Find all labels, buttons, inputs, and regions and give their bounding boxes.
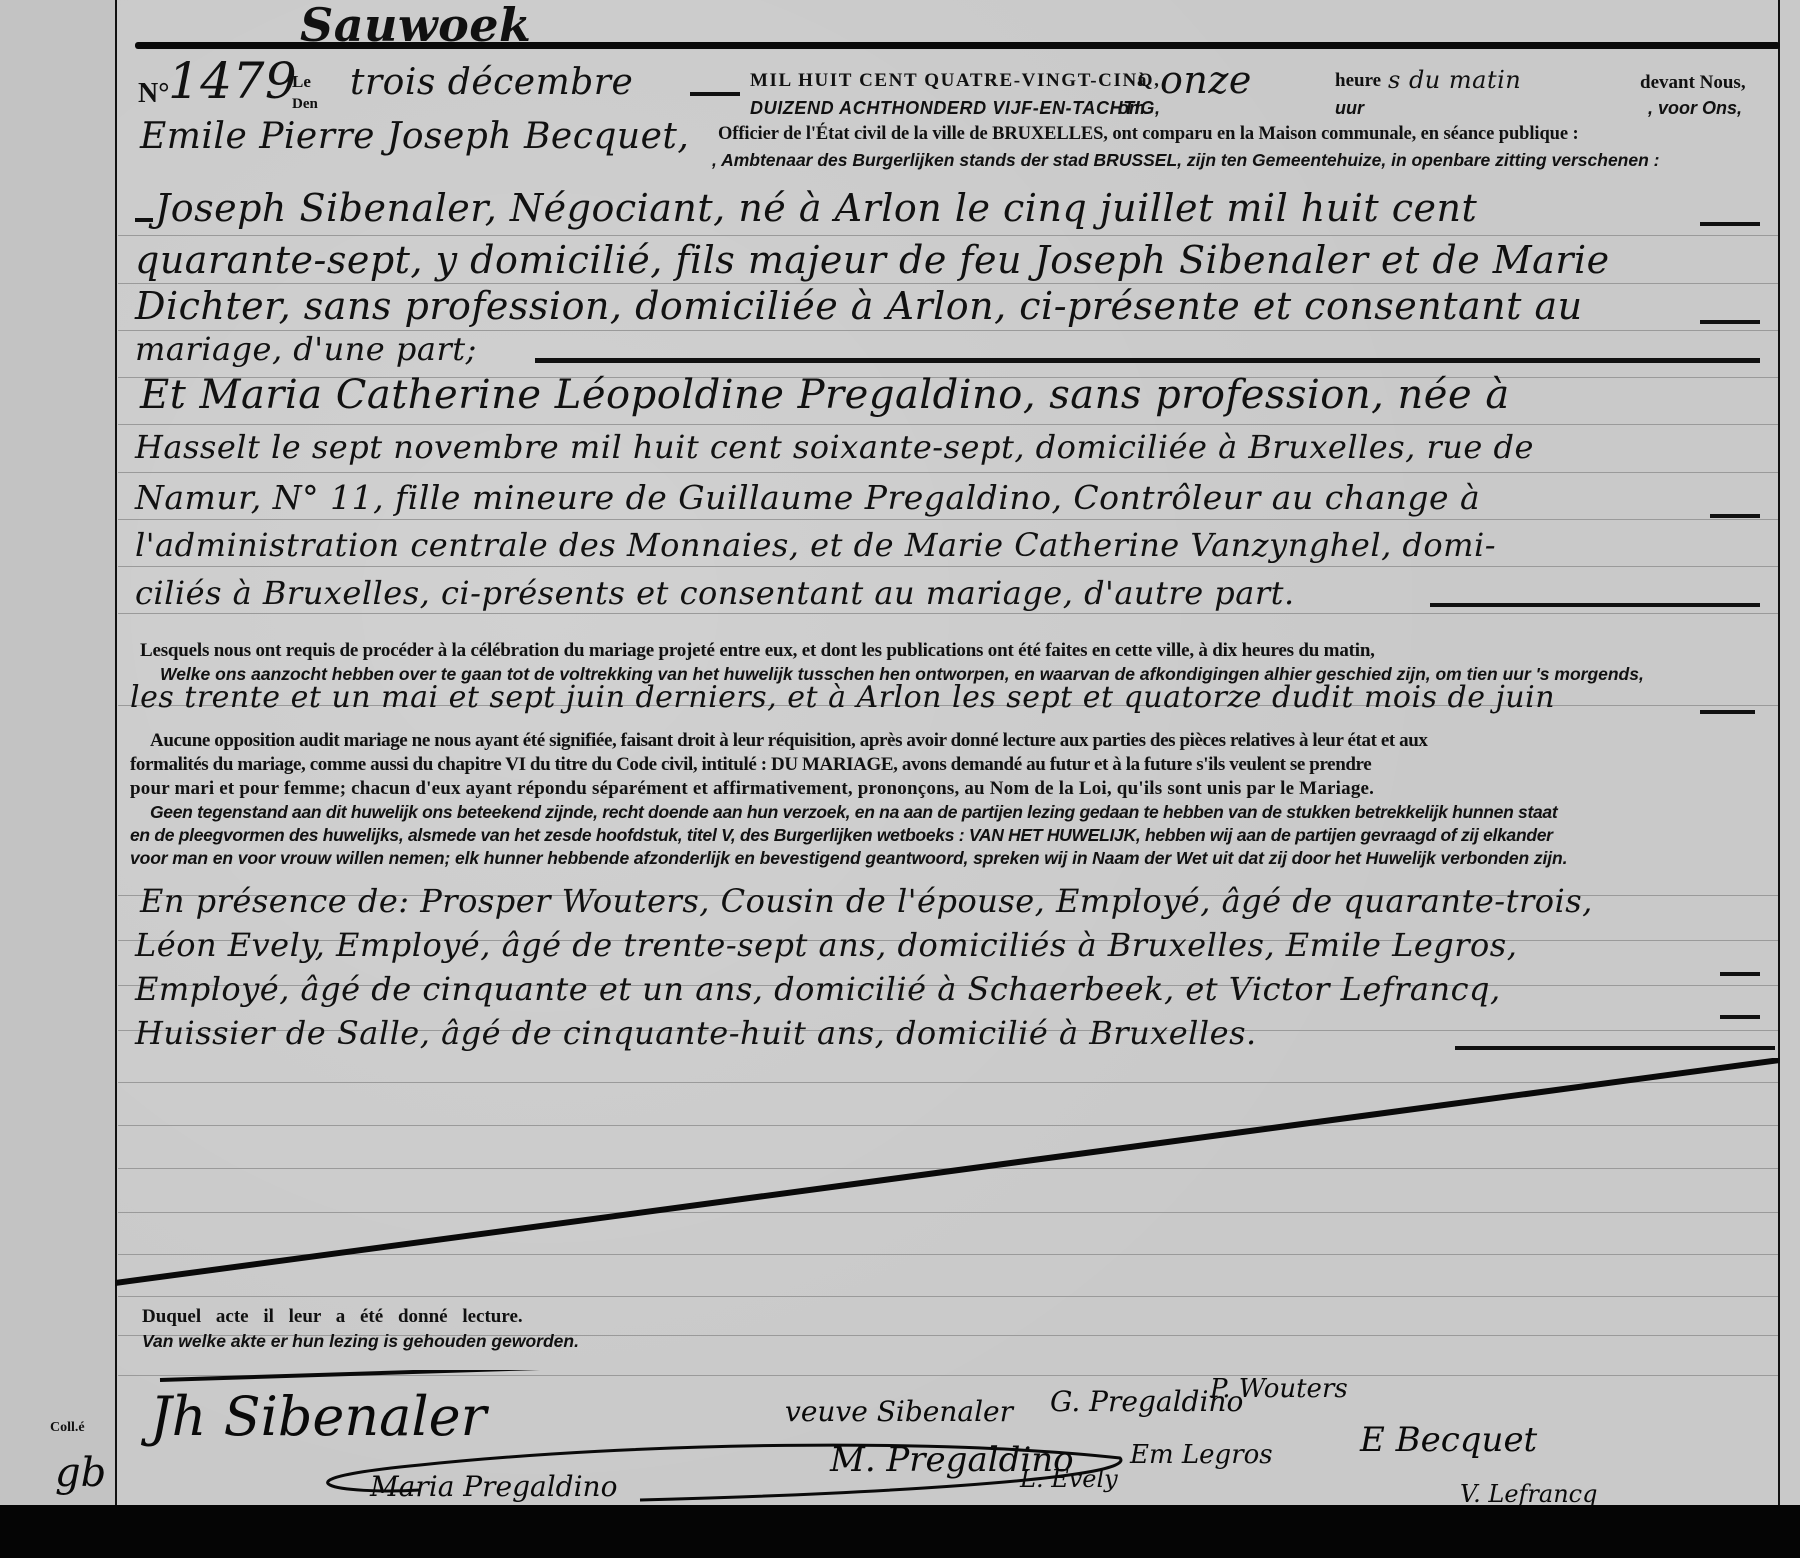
bride-line: l'administration centrale des Monnaies, … [135,526,1496,564]
signature-bride: Maria Pregaldino [370,1470,617,1503]
groom-line: Joseph Sibenaler, Négociant, né à Arlon … [155,186,1477,230]
opposition-dutch: Geen tegenstand aan dit huwelijk ons bet… [150,802,1557,823]
signature-witness-lefrancq: V. Lefrancq [1460,1480,1597,1508]
uur-label: uur [1335,98,1364,119]
den-label: Den [292,96,318,113]
clerk-initials: gb [55,1450,106,1496]
fill-dash [1710,514,1760,518]
fill-dash [1455,1046,1775,1050]
year-french: MIL HUIT CENT QUATRE-VINGT-CINQ, [750,70,1161,92]
om-label: om [1118,98,1145,119]
closing-french: Duquel acte il leur a été donné lecture. [142,1306,523,1328]
witnesses-line: Employé, âgé de cinquante et un ans, dom… [135,970,1501,1008]
fill-dash [1700,222,1760,226]
ruled-line [118,1296,1778,1297]
previous-entry-signature: Sauwoek [300,0,531,52]
hour-handwritten: onze [1160,58,1252,102]
signature-groom-mother: veuve Sibenaler [785,1395,1013,1428]
witnesses-line: Huissier de Salle, âgé de cinquante-huit… [135,1014,1257,1052]
register-page: Sauwoek N° 1479 Le Den trois décembre MI… [0,0,1800,1505]
ruled-line [118,472,1778,473]
left-margin [0,0,115,1505]
scan-bottom-border [0,1505,1800,1558]
witnesses-line: En présence de: Prosper Wouters, Cousin … [140,882,1593,920]
marriage-date: trois décembre [350,62,633,103]
signature-witness-wouters: P. Wouters [1210,1374,1348,1404]
witnesses-line: Léon Evely, Employé, âgé de trente-sept … [135,926,1517,964]
fill-dash [535,358,1760,363]
bride-line: Namur, N° 11, fille mineure de Guillaume… [135,478,1480,517]
officer-name: Emile Pierre Joseph Becquet, [140,116,689,157]
ruled-line [118,424,1778,425]
officer-line-french: Officier de l'État civil de la ville de … [718,124,1579,145]
signature-witness-evely: L. Evely [1020,1465,1118,1493]
opposition-dutch: voor man en voor vrouw willen nemen; elk… [130,848,1567,869]
bride-line: ciliés à Bruxelles, ci-présents et conse… [135,574,1295,612]
closing-dutch: Van welke akte er hun lezing is gehouden… [142,1331,579,1352]
year-dutch: DUIZEND ACHTHONDERD VIJF-EN-TACHTIG, [750,98,1161,119]
before-us-nl: , voor Ons, [1648,98,1742,119]
opposition-french: Aucune opposition audit mariage ne nous … [150,730,1428,752]
fill-dash [1720,972,1760,976]
opposition-french: pour mari et pour femme; chacun d'eux ay… [130,778,1374,800]
officer-line-dutch: , Ambtenaar des Burgerlijken stands der … [712,150,1659,171]
groom-line: quarante-sept, y domicilié, fils majeur … [135,238,1610,282]
opposition-french: formalités du mariage, comme aussi du ch… [130,754,1371,776]
entry-number: 1479 [168,52,297,110]
at-label: à [1137,70,1147,92]
bride-line: Hasselt le sept novembre mil huit cent s… [135,428,1534,466]
ruled-line [118,566,1778,567]
blank-space-cancel-line [115,1058,1780,1288]
ruled-line [118,613,1778,614]
publications-dates: les trente et un mai et sept juin dernie… [130,680,1555,715]
collationne-label: Coll.é [50,1420,85,1436]
fill-dash [1720,1015,1760,1019]
groom-line: Dichter, sans profession, domiciliée à A… [135,284,1583,328]
publications-french: Lesquels nous ont requis de procéder à l… [140,640,1375,662]
ruled-line [118,235,1778,236]
groom-line: mariage, d'une part; [135,330,477,368]
fill-dash [1430,603,1760,607]
fill-dash [1700,320,1760,324]
fill-dash [690,92,740,96]
ruled-line [118,519,1778,520]
signature-witness-legros: Em Legros [1130,1440,1273,1470]
opposition-dutch: en de pleegvormen des huwelijks, alsmede… [130,825,1553,846]
bride-line: Et Maria Catherine Léopoldine Pregaldino… [140,372,1510,418]
fill-dash [1700,710,1755,714]
fill-dash [135,218,153,222]
hour-suffix-handwritten: s du matin [1388,66,1521,94]
hour-label: heure [1335,70,1381,92]
le-label: Le [292,72,311,92]
entry-number-prefix: N° [138,78,169,110]
before-us-fr: devant Nous, [1640,72,1746,94]
signature-officer: E Becquet [1360,1420,1537,1460]
